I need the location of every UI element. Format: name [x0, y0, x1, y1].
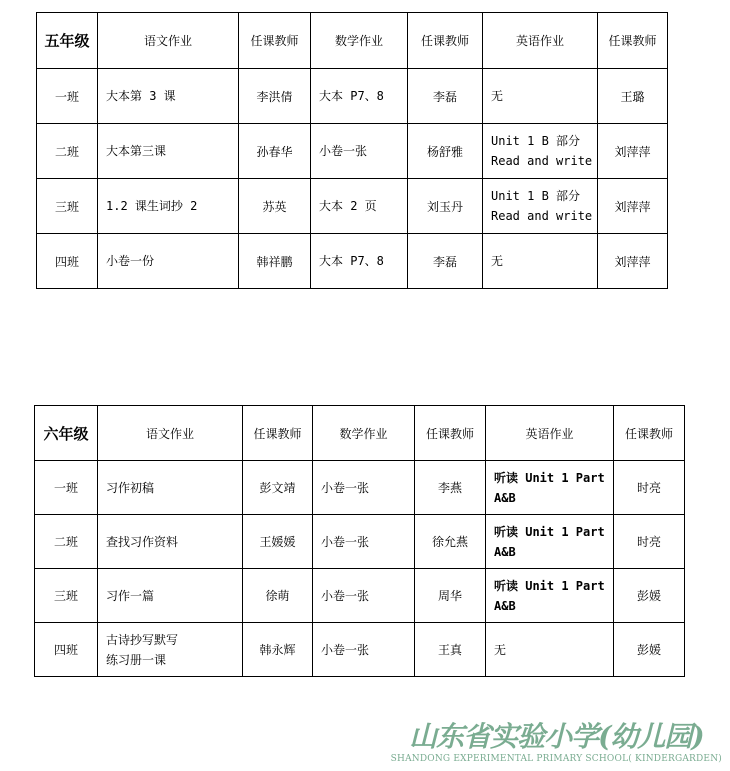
col-header-math-homework: 数学作业 — [311, 13, 408, 69]
class-label: 三班 — [37, 179, 98, 234]
table-row-class2: 二班 大本第三课 孙春华 小卷一张 杨舒雅 Unit 1 B 部分Read an… — [37, 124, 668, 179]
math-homework-cell: 小卷一张 — [313, 515, 415, 569]
col-header-teacher: 任课教师 — [415, 406, 486, 461]
page: { "grade5": { "headers": ["五年级", "语文作业",… — [0, 0, 730, 771]
math-homework-cell: 小卷一张 — [313, 623, 415, 677]
school-name-chinese: 山东省实验小学(幼儿园) — [391, 721, 722, 753]
math-teacher-cell: 徐允燕 — [415, 515, 486, 569]
english-homework-cell: Unit 1 B 部分Read and write — [483, 124, 598, 179]
chinese-homework-cell: 古诗抄写默写练习册一课 — [98, 623, 243, 677]
grade5-label: 五年级 — [37, 13, 98, 69]
grade6-homework-table: 六年级 语文作业 任课教师 数学作业 任课教师 英语作业 任课教师 一班 习作初… — [34, 405, 685, 677]
school-logo: 山东省实验小学(幼儿园) SHANDONG EXPERIMENTAL PRIMA… — [391, 721, 722, 764]
english-homework-cell: 无 — [483, 69, 598, 124]
english-homework-cell: 听读 Unit 1 PartA&B — [486, 461, 614, 515]
chinese-teacher-cell: 孙春华 — [239, 124, 311, 179]
chinese-teacher-cell: 王媛媛 — [243, 515, 313, 569]
col-header-english-homework: 英语作业 — [483, 13, 598, 69]
class-label: 一班 — [37, 69, 98, 124]
math-teacher-cell: 李磊 — [408, 69, 483, 124]
grade6-label: 六年级 — [35, 406, 98, 461]
math-teacher-cell: 王真 — [415, 623, 486, 677]
english-teacher-cell: 刘萍萍 — [598, 179, 668, 234]
english-teacher-cell: 王璐 — [598, 69, 668, 124]
math-teacher-cell: 刘玉丹 — [408, 179, 483, 234]
col-header-math-homework: 数学作业 — [313, 406, 415, 461]
col-header-teacher: 任课教师 — [614, 406, 685, 461]
english-teacher-cell: 彭媛 — [614, 569, 685, 623]
math-homework-cell: 小卷一张 — [313, 569, 415, 623]
chinese-teacher-cell: 韩永辉 — [243, 623, 313, 677]
math-homework-cell: 小卷一张 — [311, 124, 408, 179]
chinese-teacher-cell: 徐萌 — [243, 569, 313, 623]
grade5-homework-table: 五年级 语文作业 任课教师 数学作业 任课教师 英语作业 任课教师 一班 大本第… — [36, 12, 668, 289]
chinese-teacher-cell: 苏英 — [239, 179, 311, 234]
table-row-class4: 四班 小卷一份 韩祥鹏 大本 P7、8 李磊 无 刘萍萍 — [37, 234, 668, 289]
col-header-chinese-homework: 语文作业 — [98, 406, 243, 461]
col-header-teacher: 任课教师 — [408, 13, 483, 69]
chinese-homework-cell: 大本第 3 课 — [98, 69, 239, 124]
english-teacher-cell: 时亮 — [614, 515, 685, 569]
english-teacher-cell: 刘萍萍 — [598, 124, 668, 179]
english-teacher-cell: 时亮 — [614, 461, 685, 515]
col-header-teacher: 任课教师 — [243, 406, 313, 461]
chinese-homework-cell: 小卷一份 — [98, 234, 239, 289]
table-row-class1: 一班 习作初稿 彭文靖 小卷一张 李燕 听读 Unit 1 PartA&B 时亮 — [35, 461, 685, 515]
col-header-teacher: 任课教师 — [598, 13, 668, 69]
table-row-class4: 四班 古诗抄写默写练习册一课 韩永辉 小卷一张 王真 无 彭媛 — [35, 623, 685, 677]
english-homework-cell: 无 — [483, 234, 598, 289]
class-label: 四班 — [35, 623, 98, 677]
math-homework-cell: 大本 2 页 — [311, 179, 408, 234]
class-label: 二班 — [37, 124, 98, 179]
chinese-homework-cell: 习作一篇 — [98, 569, 243, 623]
chinese-homework-cell: 习作初稿 — [98, 461, 243, 515]
class-label: 一班 — [35, 461, 98, 515]
col-header-english-homework: 英语作业 — [486, 406, 614, 461]
english-homework-cell: Unit 1 B 部分Read and write — [483, 179, 598, 234]
math-homework-cell: 大本 P7、8 — [311, 234, 408, 289]
class-label: 三班 — [35, 569, 98, 623]
english-homework-cell: 听读 Unit 1 PartA&B — [486, 515, 614, 569]
chinese-teacher-cell: 彭文靖 — [243, 461, 313, 515]
table-row-class3: 三班 习作一篇 徐萌 小卷一张 周华 听读 Unit 1 PartA&B 彭媛 — [35, 569, 685, 623]
math-teacher-cell: 李燕 — [415, 461, 486, 515]
chinese-teacher-cell: 韩祥鹏 — [239, 234, 311, 289]
chinese-homework-cell: 大本第三课 — [98, 124, 239, 179]
math-homework-cell: 大本 P7、8 — [311, 69, 408, 124]
english-homework-cell: 听读 Unit 1 PartA&B — [486, 569, 614, 623]
chinese-teacher-cell: 李洪倩 — [239, 69, 311, 124]
class-label: 四班 — [37, 234, 98, 289]
grade6-header-row: 六年级 语文作业 任课教师 数学作业 任课教师 英语作业 任课教师 — [35, 406, 685, 461]
english-teacher-cell: 彭媛 — [614, 623, 685, 677]
math-teacher-cell: 李磊 — [408, 234, 483, 289]
english-homework-cell: 无 — [486, 623, 614, 677]
math-teacher-cell: 杨舒雅 — [408, 124, 483, 179]
chinese-homework-cell: 查找习作资料 — [98, 515, 243, 569]
math-homework-cell: 小卷一张 — [313, 461, 415, 515]
math-teacher-cell: 周华 — [415, 569, 486, 623]
col-header-teacher: 任课教师 — [239, 13, 311, 69]
col-header-chinese-homework: 语文作业 — [98, 13, 239, 69]
table-row-class2: 二班 查找习作资料 王媛媛 小卷一张 徐允燕 听读 Unit 1 PartA&B… — [35, 515, 685, 569]
chinese-homework-cell: 1.2 课生词抄 2 — [98, 179, 239, 234]
class-label: 二班 — [35, 515, 98, 569]
grade5-header-row: 五年级 语文作业 任课教师 数学作业 任课教师 英语作业 任课教师 — [37, 13, 668, 69]
english-teacher-cell: 刘萍萍 — [598, 234, 668, 289]
table-row-class1: 一班 大本第 3 课 李洪倩 大本 P7、8 李磊 无 王璐 — [37, 69, 668, 124]
table-row-class3: 三班 1.2 课生词抄 2 苏英 大本 2 页 刘玉丹 Unit 1 B 部分R… — [37, 179, 668, 234]
school-name-english: SHANDONG EXPERIMENTAL PRIMARY SCHOOL( KI… — [391, 754, 722, 764]
